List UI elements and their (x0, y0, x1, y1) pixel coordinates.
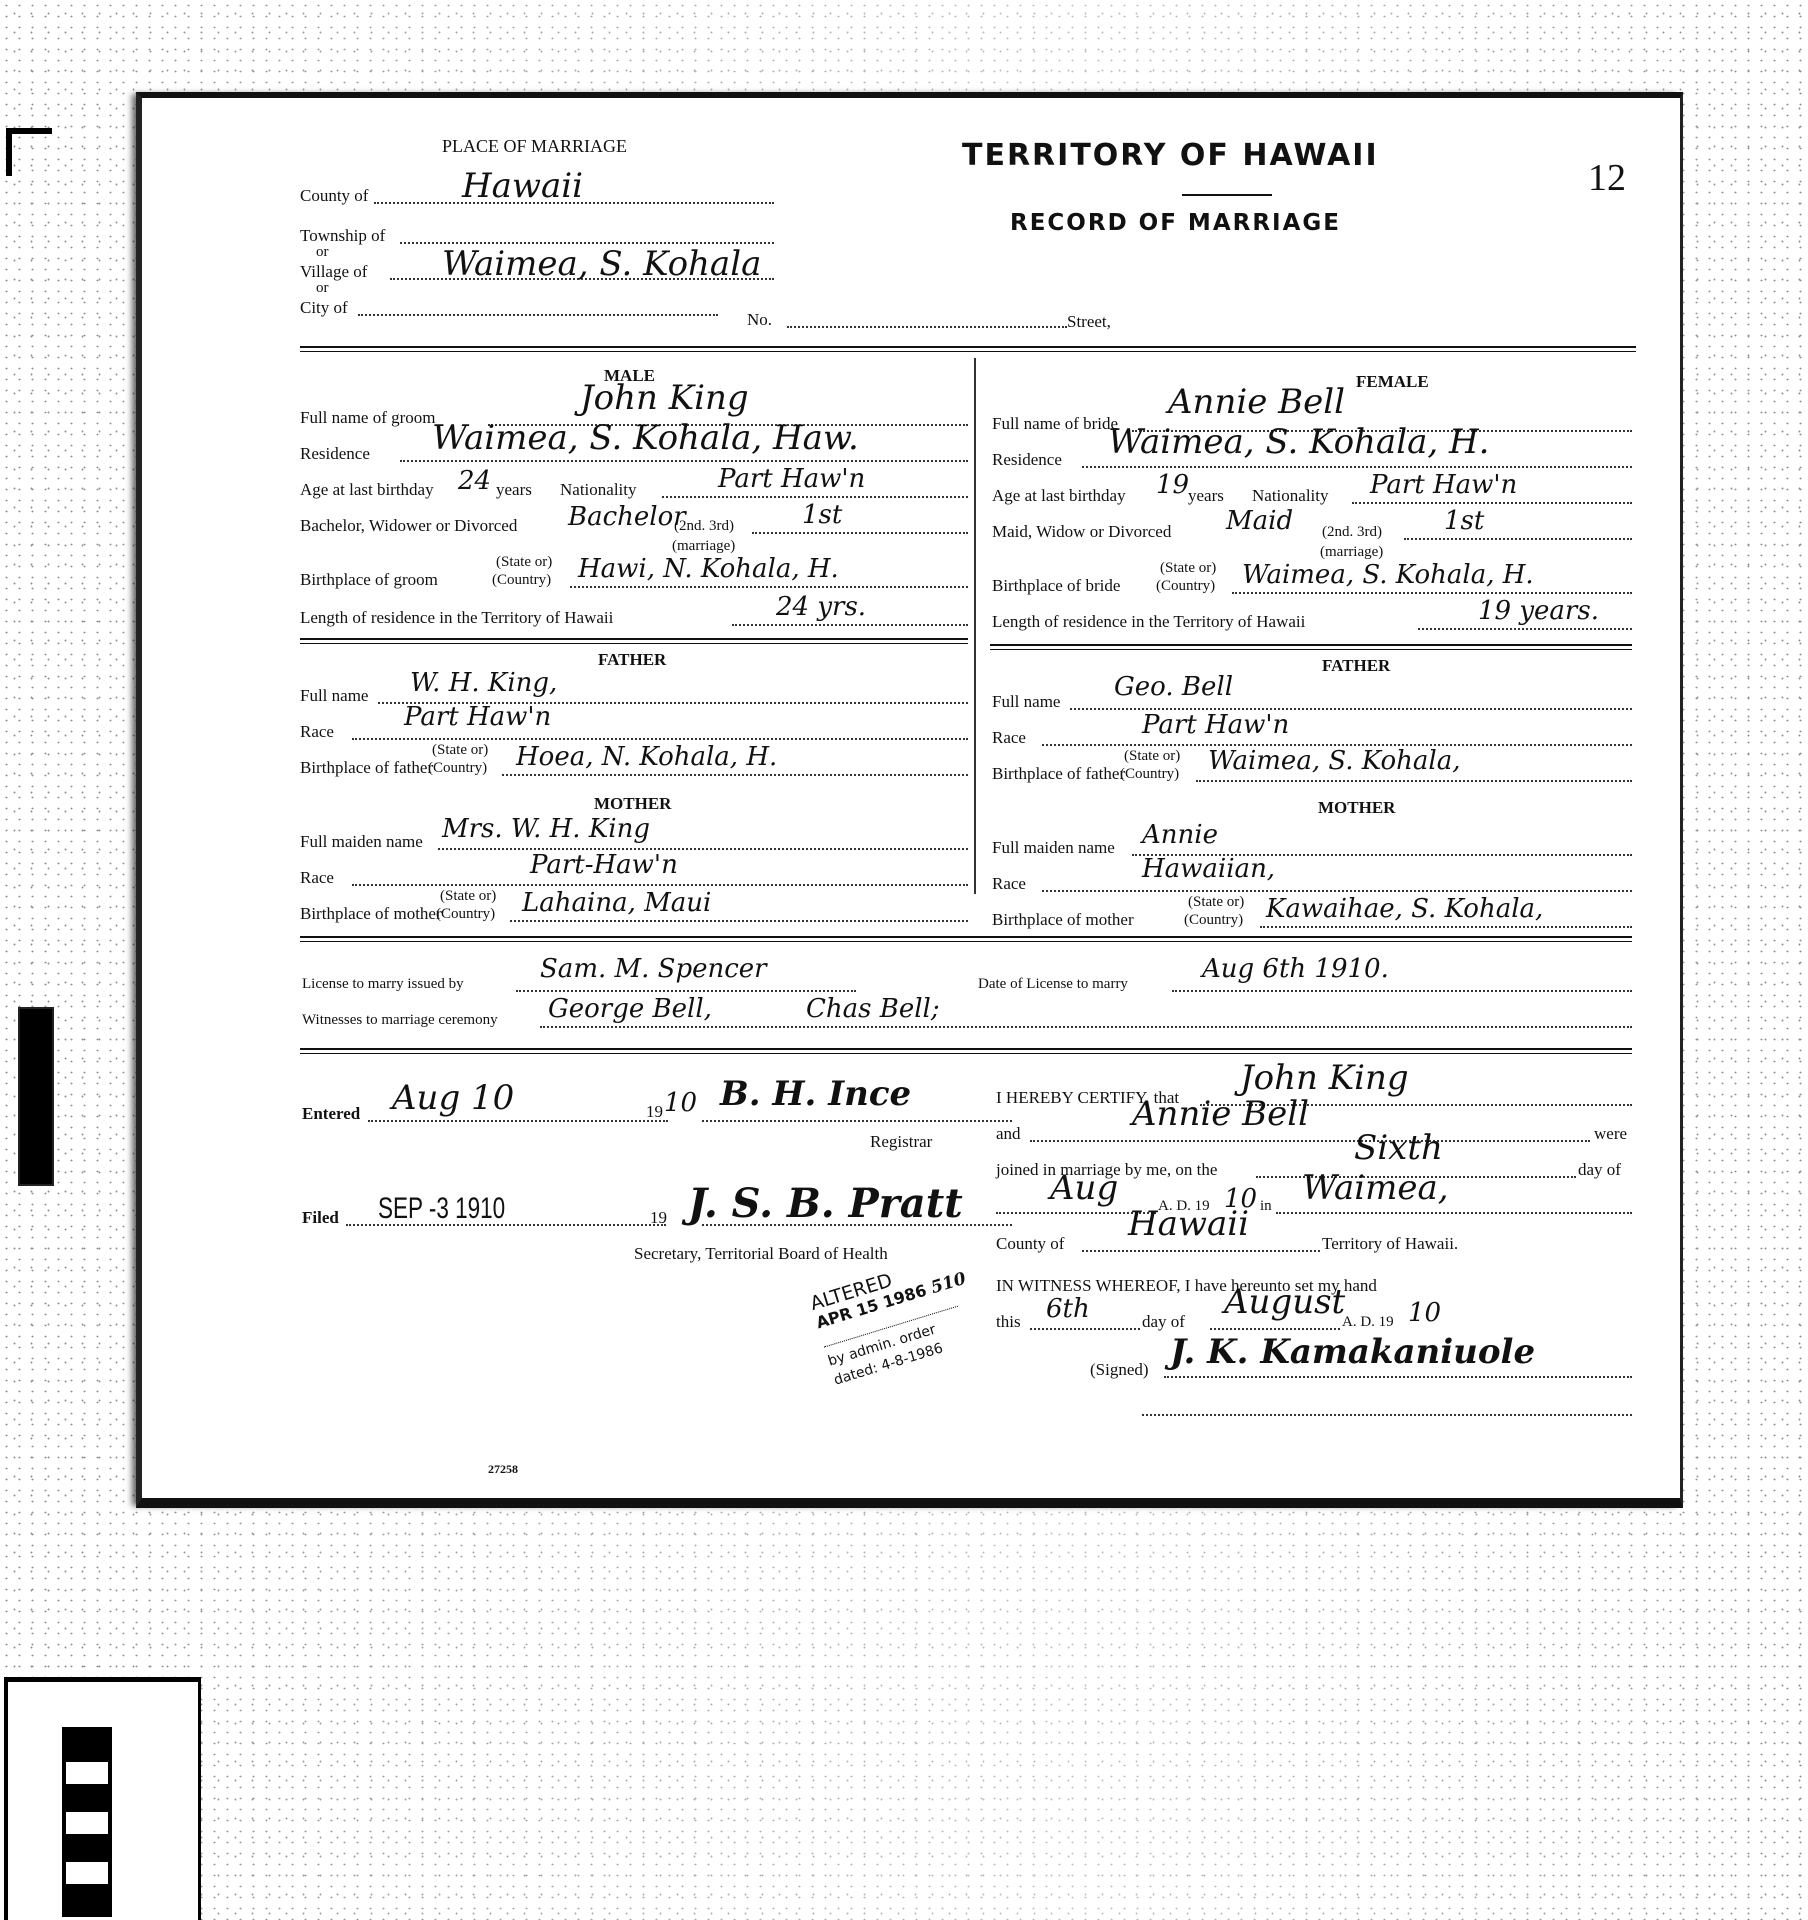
bride-birthplace: Waimea, S. Kohala, H. (1242, 560, 1534, 590)
signing-month: August (1224, 1282, 1345, 1322)
certificate-day: Sixth (1354, 1128, 1443, 1168)
groom-mother-birthplace: Lahaina, Maui (522, 888, 711, 918)
groom-status: Bachelor (568, 502, 686, 532)
township-label: Township of (300, 226, 385, 246)
bride-father-name: Geo. Bell (1114, 672, 1233, 702)
witness-1: George Bell, (548, 994, 712, 1024)
certificate-month: Aug (1050, 1168, 1118, 1208)
county-value: Hawaii (462, 166, 583, 206)
bride-status: Maid (1226, 506, 1293, 536)
bride-name: Annie Bell (1168, 382, 1345, 422)
groom-father-race: Part Haw'n (404, 702, 551, 732)
village-value: Waimea, S. Kohala (442, 244, 761, 284)
groom-birthplace: Hawi, N. Kohala, H. (578, 554, 839, 584)
license-date: Aug 6th 1910. (1202, 954, 1389, 984)
signing-day: 6th (1046, 1294, 1090, 1324)
bride-residence-length: 19 years. (1478, 596, 1599, 626)
binder-tab (18, 1007, 54, 1186)
place-of-marriage-heading: PLACE OF MARRIAGE (442, 136, 627, 157)
bride-father-race: Part Haw'n (1142, 710, 1289, 740)
groom-residence: Waimea, S. Kohala, Haw. (432, 418, 859, 458)
certificate-groom: John King (1240, 1058, 1409, 1098)
county-label: County of (300, 186, 368, 206)
groom-mother-race: Part-Haw'n (530, 850, 678, 880)
groom-father-heading: FATHER (598, 650, 666, 670)
page-number: 12 (1588, 156, 1626, 200)
bride-age: 19 (1156, 470, 1189, 500)
city-label: City of (300, 298, 348, 318)
index-card-strip (62, 1727, 112, 1917)
signing-year: 10 (1408, 1298, 1441, 1328)
scan-corner-mark (6, 128, 52, 176)
groom-name: John King (580, 378, 749, 418)
female-heading: FEMALE (1356, 372, 1429, 392)
officiant-signature: J. K. Kamakaniuole (1170, 1332, 1535, 1372)
bride-mother-race: Hawaiian, (1142, 854, 1275, 884)
groom-father-birthplace: Hoea, N. Kohala, H. (516, 742, 777, 772)
groom-residence-length: 24 yrs. (776, 592, 866, 622)
registrar-signature: B. H. Ince (720, 1074, 911, 1114)
bride-residence: Waimea, S. Kohala, H. (1108, 422, 1489, 462)
street-number-label: No. (747, 310, 772, 330)
license-issuer: Sam. M. Spencer (540, 954, 767, 984)
bride-mother-birthplace: Kawaihae, S. Kohala, (1266, 894, 1543, 924)
bride-nationality: Part Haw'n (1370, 470, 1517, 500)
entered-year: 10 (664, 1088, 697, 1118)
bride-father-heading: FATHER (1322, 656, 1390, 676)
form-number: 27258 (488, 1462, 518, 1477)
form-title: TERRITORY OF HAWAII (962, 138, 1379, 173)
certificate-county: Hawaii (1128, 1204, 1249, 1244)
groom-age: 24 (458, 466, 491, 496)
bride-father-birthplace: Waimea, S. Kohala, (1208, 746, 1460, 776)
certificate-place: Waimea, (1302, 1168, 1449, 1208)
groom-mother-heading: MOTHER (594, 794, 671, 814)
street-label: Street, (1067, 312, 1111, 332)
certificate-bride: Annie Bell (1132, 1094, 1309, 1134)
groom-marriage-number: 1st (802, 500, 842, 530)
groom-nationality: Part Haw'n (718, 464, 865, 494)
bride-mother-name: Annie (1142, 820, 1218, 850)
filed-date-stamp: SEP -3 1910 (378, 1192, 505, 1226)
village-label: Village of (300, 262, 367, 282)
entered-date: Aug 10 (392, 1078, 514, 1118)
index-card-fragment (4, 1677, 201, 1920)
bride-mother-heading: MOTHER (1318, 798, 1395, 818)
bride-marriage-number: 1st (1444, 506, 1484, 536)
groom-mother-name: Mrs. W. H. King (442, 814, 650, 844)
groom-father-name: W. H. King, (410, 668, 557, 698)
secretary-signature: J. S. B. Pratt (688, 1180, 963, 1227)
witness-2: Chas Bell; (806, 994, 940, 1024)
form-subtitle: RECORD OF MARRIAGE (1010, 210, 1341, 236)
